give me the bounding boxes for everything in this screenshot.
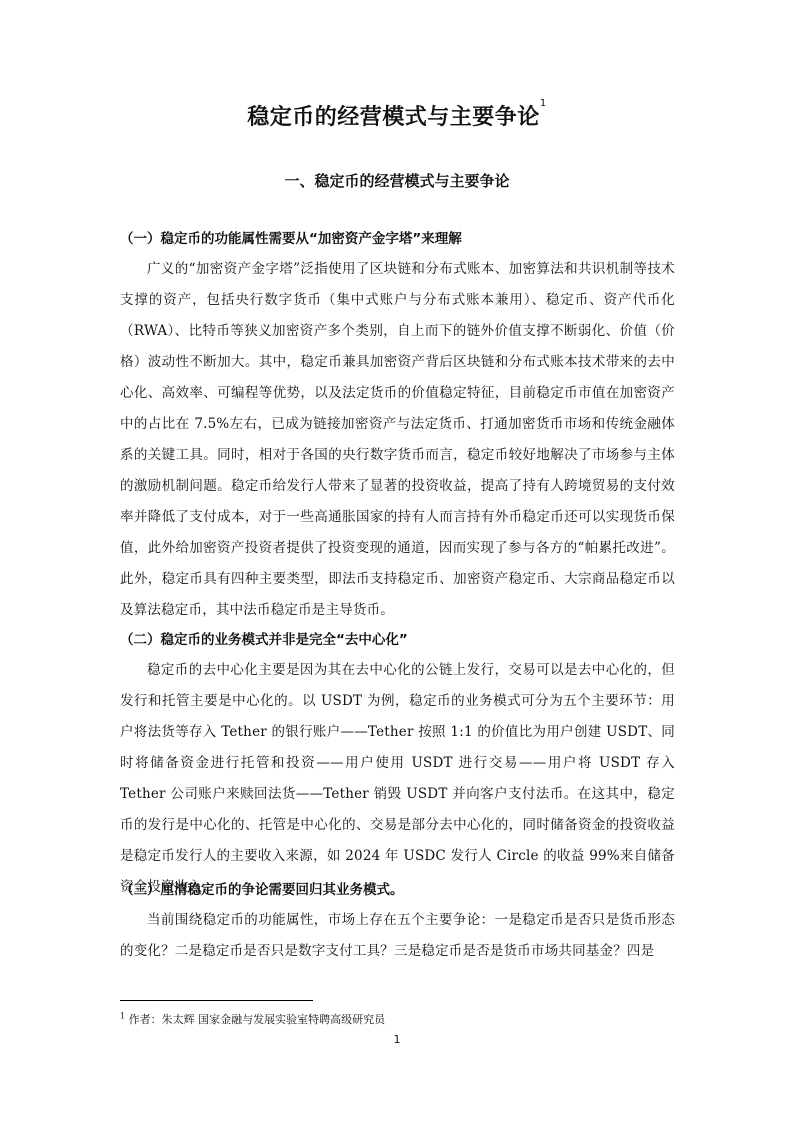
- title-text: 稳定币的经营模式与主要争论: [247, 105, 540, 130]
- paragraph: 广义的“加密资产金字塔”泛指使用了区块链和分布式账本、加密算法和共识机制等技术支…: [120, 254, 675, 626]
- footnote: 1 作者：朱太辉 国家金融与发展实验室特聘高级研究员: [120, 1011, 385, 1027]
- footnote-divider: [120, 1000, 313, 1001]
- subsection-heading: （三）厘清稳定币的争论需要回归其业务模式。: [120, 875, 675, 905]
- document-title: 稳定币的经营模式与主要争论1: [0, 100, 794, 131]
- footnote-mark: 1: [120, 1011, 125, 1020]
- subsection-heading: （二）稳定币的业务模式并非是完全“去中心化”: [120, 625, 675, 655]
- title-footnote-mark: 1: [540, 98, 547, 109]
- subsection-1: （一）稳定币的功能属性需要从“加密资产金字塔”来理解 广义的“加密资产金字塔”泛…: [120, 224, 675, 626]
- paragraph: 稳定币的去中心化主要是因为其在去中心化的公链上发行，交易可以是去中心化的，但发行…: [120, 655, 675, 903]
- subsection-heading: （一）稳定币的功能属性需要从“加密资产金字塔”来理解: [120, 224, 675, 254]
- page-number: 1: [0, 1033, 794, 1046]
- paragraph: 当前围绕稳定币的功能属性，市场上存在五个主要争论：一是稳定币是否只是货币形态的变…: [120, 905, 675, 967]
- subsection-2: （二）稳定币的业务模式并非是完全“去中心化” 稳定币的去中心化主要是因为其在去中…: [120, 625, 675, 903]
- subsection-3: （三）厘清稳定币的争论需要回归其业务模式。 当前围绕稳定币的功能属性，市场上存在…: [120, 875, 675, 967]
- section-heading: 一、稳定币的经营模式与主要争论: [0, 170, 794, 191]
- footnote-text: 作者：朱太辉 国家金融与发展实验室特聘高级研究员: [129, 1013, 386, 1026]
